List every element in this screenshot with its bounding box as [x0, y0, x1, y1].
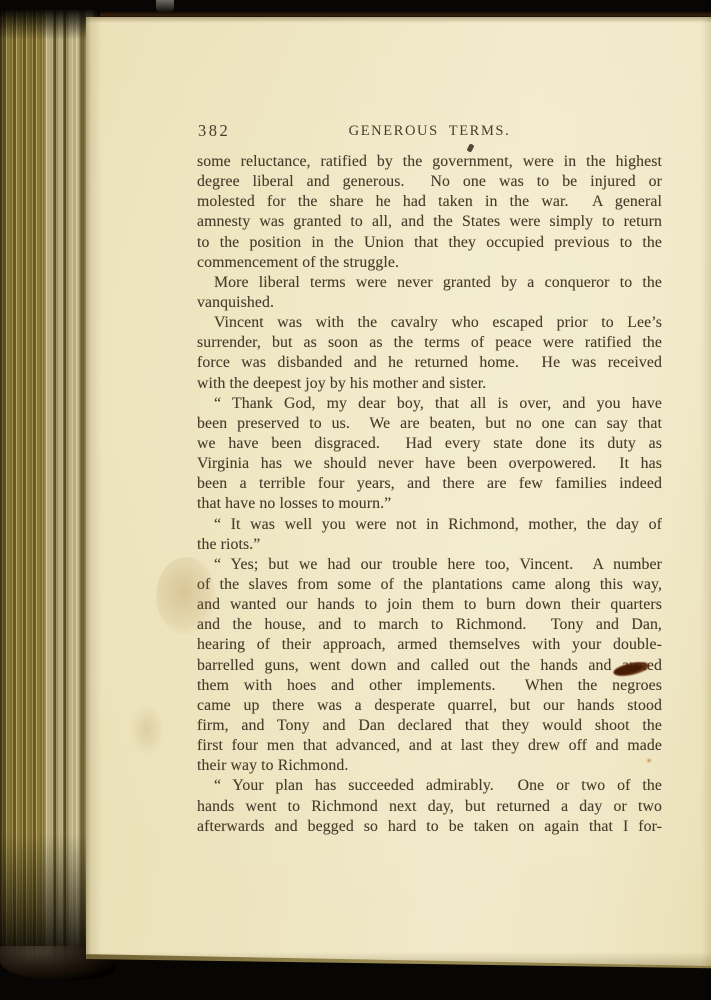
text-line: “ It was well you were not in Richmond, … [197, 515, 662, 535]
text-line: “ Yes; but we had our trouble here too, … [197, 555, 662, 575]
text-line: barrelled guns, went down and called out… [197, 656, 662, 676]
text-line: their way to Richmond. [197, 756, 662, 776]
body-text: some reluctance, ratified by the governm… [197, 152, 662, 837]
text-line: them with hoes and other implements. Whe… [197, 676, 662, 696]
text-line: Virginia has we should never have been o… [197, 454, 662, 474]
text-line: some reluctance, ratified by the governm… [197, 152, 662, 172]
text-line: the riots.” [197, 535, 662, 555]
text-line: surrender, but as soon as the terms of p… [197, 333, 662, 353]
text-line: amnesty was granted to all, and the Stat… [197, 212, 662, 232]
text-line: to the position in the Union that they o… [197, 233, 662, 253]
scanned-book-photo: 382 GENEROUS TERMS. some reluctance, rat… [0, 0, 711, 1000]
text-line: first four men that advanced, and at las… [197, 736, 662, 756]
text-line: came up there was a desperate quarrel, b… [197, 696, 662, 716]
paragraph: Vincent was with the cavalry who escaped… [197, 313, 662, 394]
text-line: More liberal terms were never granted by… [197, 273, 662, 293]
text-line: and the house, and to march to Richmond.… [197, 615, 662, 635]
text-line: Vincent was with the cavalry who escaped… [197, 313, 662, 333]
text-line: and wanted our hands to join them to bur… [197, 595, 662, 615]
book-fore-edge-pages [0, 10, 100, 968]
text-line: “ Your plan has succeeded admirably. One… [197, 776, 662, 796]
text-line: that have no losses to mourn.” [197, 494, 662, 514]
paragraph: “ Thank God, my dear boy, that all is ov… [197, 394, 662, 515]
text-line: we have been disgraced. Had every state … [197, 434, 662, 454]
text-line: force was disbanded and he returned home… [197, 353, 662, 373]
text-line: hands went to Richmond next day, but ret… [197, 797, 662, 817]
text-line: been a terrible four years, and there ar… [197, 474, 662, 494]
text-line: “ Thank God, my dear boy, that all is ov… [197, 394, 662, 414]
paragraph: “ Your plan has succeeded admirably. One… [197, 776, 662, 836]
text-line: degree liberal and generous. No one was … [197, 172, 662, 192]
running-title: GENEROUS TERMS. [197, 120, 662, 142]
book-page: 382 GENEROUS TERMS. some reluctance, rat… [86, 17, 711, 966]
paragraph: “ It was well you were not in Richmond, … [197, 515, 662, 555]
foxing-stain-small [130, 705, 164, 755]
text-line: of the slaves from some of the plantatio… [197, 575, 662, 595]
text-line: vanquished. [197, 293, 662, 313]
paragraph: some reluctance, ratified by the governm… [197, 152, 662, 273]
text-line: firm, and Tony and Dan declared that the… [197, 716, 662, 736]
page-header: 382 GENEROUS TERMS. [197, 120, 662, 142]
text-line: been preserved to us. We are beaten, but… [197, 414, 662, 434]
text-line: hearing of their approach, armed themsel… [197, 635, 662, 655]
text-line: commencement of the struggle. [197, 253, 662, 273]
text-line: molested for the share he had taken in t… [197, 192, 662, 212]
text-line: afterwards and begged so hard to be take… [197, 817, 662, 837]
top-edge-notch [156, 0, 174, 12]
paragraph: More liberal terms were never granted by… [197, 273, 662, 313]
text-line: with the deepest joy by his mother and s… [197, 374, 662, 394]
paragraph: “ Yes; but we had our trouble here too, … [197, 555, 662, 777]
